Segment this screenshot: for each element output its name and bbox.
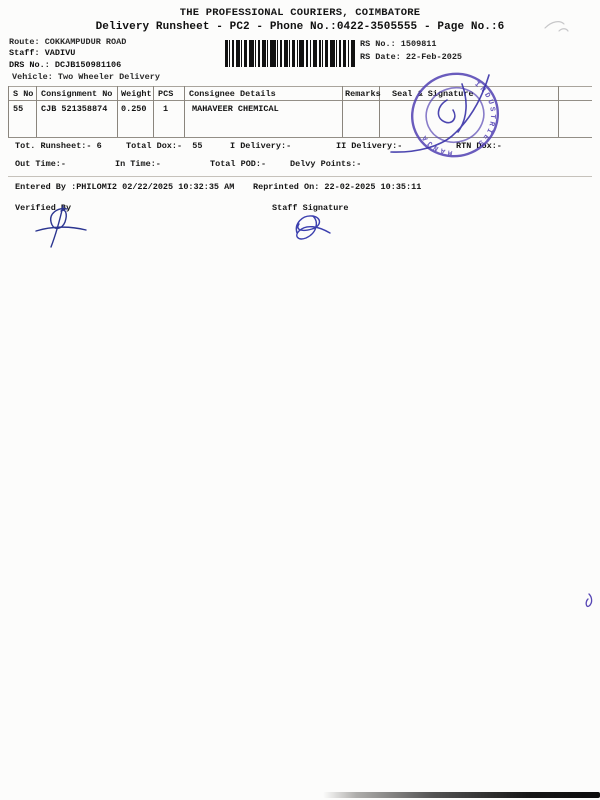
staff-signature-label: Staff Signature	[272, 203, 349, 213]
out-time: Out Time:-	[15, 159, 66, 169]
cell-consignment-no: CJB 521358874	[41, 104, 107, 114]
ink-mark	[586, 594, 591, 606]
entered-by-line: Entered By :PHILOMI2 02/22/2025 10:32:35…	[15, 182, 234, 192]
header-seal-signature: Seal & Signature	[392, 89, 474, 99]
staff-line: Staff: VADIVU	[9, 48, 75, 58]
svg-text:MANJA: MANJA	[419, 125, 455, 163]
total-runsheet: Tot. Runsheet:- 6	[15, 141, 102, 151]
table-divider-5	[342, 86, 343, 137]
cell-consignee: MAHAVEER CHEMICAL	[192, 104, 279, 114]
drs-number-line: DRS No.: DCJB150981106	[9, 60, 121, 70]
table-divider-3	[153, 86, 154, 137]
seal-stamp: INDUSTRIES MANJA	[401, 63, 508, 168]
table-bottom-line	[8, 137, 592, 138]
vehicle-line: Vehicle: Two Wheeler Delivery	[12, 72, 160, 82]
in-time: In Time:-	[115, 159, 161, 169]
table-divider-1	[36, 86, 37, 137]
table-border-right	[558, 86, 559, 137]
header-remarks: Remarks	[345, 89, 381, 99]
header-consignee-details: Consignee Details	[189, 89, 276, 99]
total-rtn-dox: RTN Dox:-	[456, 141, 502, 151]
table-top-line	[8, 86, 592, 87]
rs-number: RS No.: 1509811	[360, 39, 437, 49]
table-header-line	[8, 100, 592, 101]
cell-pcs: 1	[163, 104, 168, 114]
route-line: Route: COKKAMPUDUR ROAD	[9, 37, 126, 47]
cell-weight: 0.250	[121, 104, 147, 114]
delvy-points: Delvy Points:-	[290, 159, 361, 169]
reprinted-on-line: Reprinted On: 22-02-2025 10:35:11	[253, 182, 421, 192]
table-border-left	[8, 86, 9, 137]
table-divider-4	[184, 86, 185, 137]
scanned-delivery-runsheet: THE PROFESSIONAL COURIERS, COIMBATORE De…	[0, 0, 600, 800]
cell-s-no: 55	[13, 104, 23, 114]
ink-overlay: INDUSTRIES MANJA	[0, 0, 600, 800]
total-pod: Total POD:-	[210, 159, 266, 169]
stamp-text-bottom: MANJA	[419, 125, 455, 163]
total-ii-delivery: II Delivery:-	[336, 141, 402, 151]
company-title: THE PROFESSIONAL COURIERS, COIMBATORE	[0, 7, 600, 19]
staff-signature-mark	[296, 216, 330, 239]
header-s-no: S No	[13, 89, 33, 99]
verified-by-label: Verified By	[15, 203, 71, 213]
header-consignment-no: Consignment No	[41, 89, 112, 99]
header-weight: Weight	[121, 89, 152, 99]
header-pcs: PCS	[158, 89, 173, 99]
table-divider-2	[117, 86, 118, 137]
rs-date: RS Date: 22-Feb-2025	[360, 52, 462, 62]
footer-rule-line	[8, 176, 592, 177]
runsheet-barcode	[225, 40, 355, 67]
runsheet-subtitle: Delivery Runsheet - PC2 - Phone No.:0422…	[0, 21, 600, 33]
total-dox: Total Dox:- 55	[126, 141, 203, 151]
total-i-delivery: I Delivery:-	[230, 141, 291, 151]
scan-artifact-strip	[323, 792, 600, 798]
